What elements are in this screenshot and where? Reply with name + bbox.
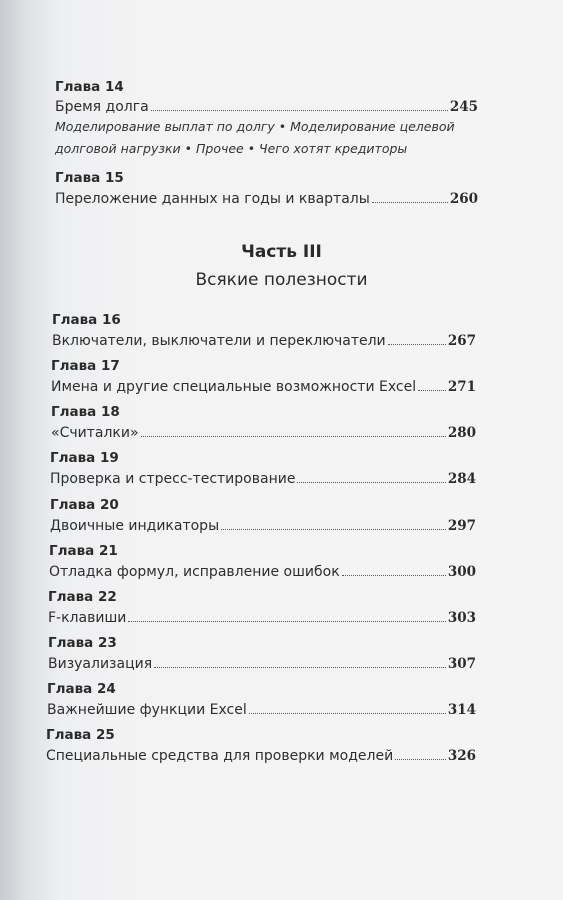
chapter-title: F-клавиши (48, 610, 126, 626)
chapter-label: Глава 21 (49, 543, 118, 559)
chapter-subtopics-line-1: Моделирование выплат по долгу • Моделиро… (55, 116, 455, 138)
chapter-title-line: Двоичные индикаторы297 (50, 518, 476, 534)
chapter-label: Глава 19 (50, 450, 119, 466)
chapter-title: Имена и другие специальные возможности E… (51, 379, 416, 395)
chapter-title: «Считалки» (51, 425, 139, 441)
chapter-title: Визуализация (48, 656, 152, 672)
chapter-title-line: F-клавиши303 (48, 610, 476, 626)
leader-dots (154, 667, 446, 668)
page-number: 314 (448, 702, 476, 718)
chapter-title-line: Важнейшие функции Excel314 (47, 702, 476, 718)
leader-dots (221, 529, 446, 530)
chapter-title: Отладка формул, исправление ошибок (49, 564, 340, 580)
chapter-title-line: Проверка и стресс-тестирование284 (50, 471, 476, 487)
chapter-title: Переложение данных на годы и кварталы (55, 191, 370, 207)
chapter-subtopics-line-2: долговой нагрузки • Прочее • Чего хотят … (55, 138, 407, 160)
chapter-title: Важнейшие функции Excel (47, 702, 247, 718)
chapter-label: Глава 18 (51, 404, 120, 420)
leader-dots (151, 110, 448, 111)
chapter-title: Специальные средства для проверки моделе… (46, 748, 393, 764)
chapter-title-line: Бремя долга 245 (55, 99, 478, 115)
chapter-label: Глава 17 (51, 358, 120, 374)
leader-dots (342, 575, 446, 576)
chapter-title: Двоичные индикаторы (50, 518, 219, 534)
page-number: 280 (448, 425, 476, 441)
chapter-label: Глава 24 (47, 681, 116, 697)
chapter-label: Глава 20 (50, 497, 119, 513)
leader-dots (372, 202, 448, 203)
chapter-label: Глава 22 (48, 589, 117, 605)
page-number: 260 (450, 191, 478, 207)
chapter-title-line: Специальные средства для проверки моделе… (46, 748, 476, 764)
chapter-title-line: Отладка формул, исправление ошибок300 (49, 564, 476, 580)
part-label: Часть III (0, 242, 563, 262)
leader-dots (297, 482, 445, 483)
leader-dots (141, 436, 446, 437)
page-number: 267 (448, 333, 476, 349)
page-number: 326 (448, 748, 476, 764)
chapter-label: Глава 15 (55, 170, 124, 186)
chapter-title-line: «Считалки»280 (51, 425, 476, 441)
chapter-title: Бремя долга (55, 99, 149, 115)
toc-page: Глава 14 Бремя долга 245 Моделирование в… (0, 0, 563, 900)
chapter-label: Глава 16 (52, 312, 121, 328)
leader-dots (388, 344, 446, 345)
leader-dots (395, 759, 446, 760)
leader-dots (249, 713, 446, 714)
chapter-title: Включатели, выключатели и переключатели (52, 333, 386, 349)
page-number: 303 (448, 610, 476, 626)
leader-dots (128, 621, 445, 622)
chapter-title: Проверка и стресс-тестирование (50, 471, 295, 487)
chapter-title-line: Включатели, выключатели и переключатели2… (52, 333, 476, 349)
chapter-title-line: Переложение данных на годы и кварталы 26… (55, 191, 478, 207)
page-number: 300 (448, 564, 476, 580)
page-number: 271 (448, 379, 476, 395)
chapter-title-line: Имена и другие специальные возможности E… (51, 379, 476, 395)
chapter-label: Глава 14 (55, 79, 124, 95)
chapter-title-line: Визуализация307 (48, 656, 476, 672)
page-number: 307 (448, 656, 476, 672)
part-title: Всякие полезности (0, 270, 563, 290)
page-number: 245 (450, 99, 478, 115)
page-number: 297 (448, 518, 476, 534)
chapter-label: Глава 25 (46, 727, 115, 743)
chapter-label: Глава 23 (48, 635, 117, 651)
page-number: 284 (448, 471, 476, 487)
leader-dots (418, 390, 446, 391)
